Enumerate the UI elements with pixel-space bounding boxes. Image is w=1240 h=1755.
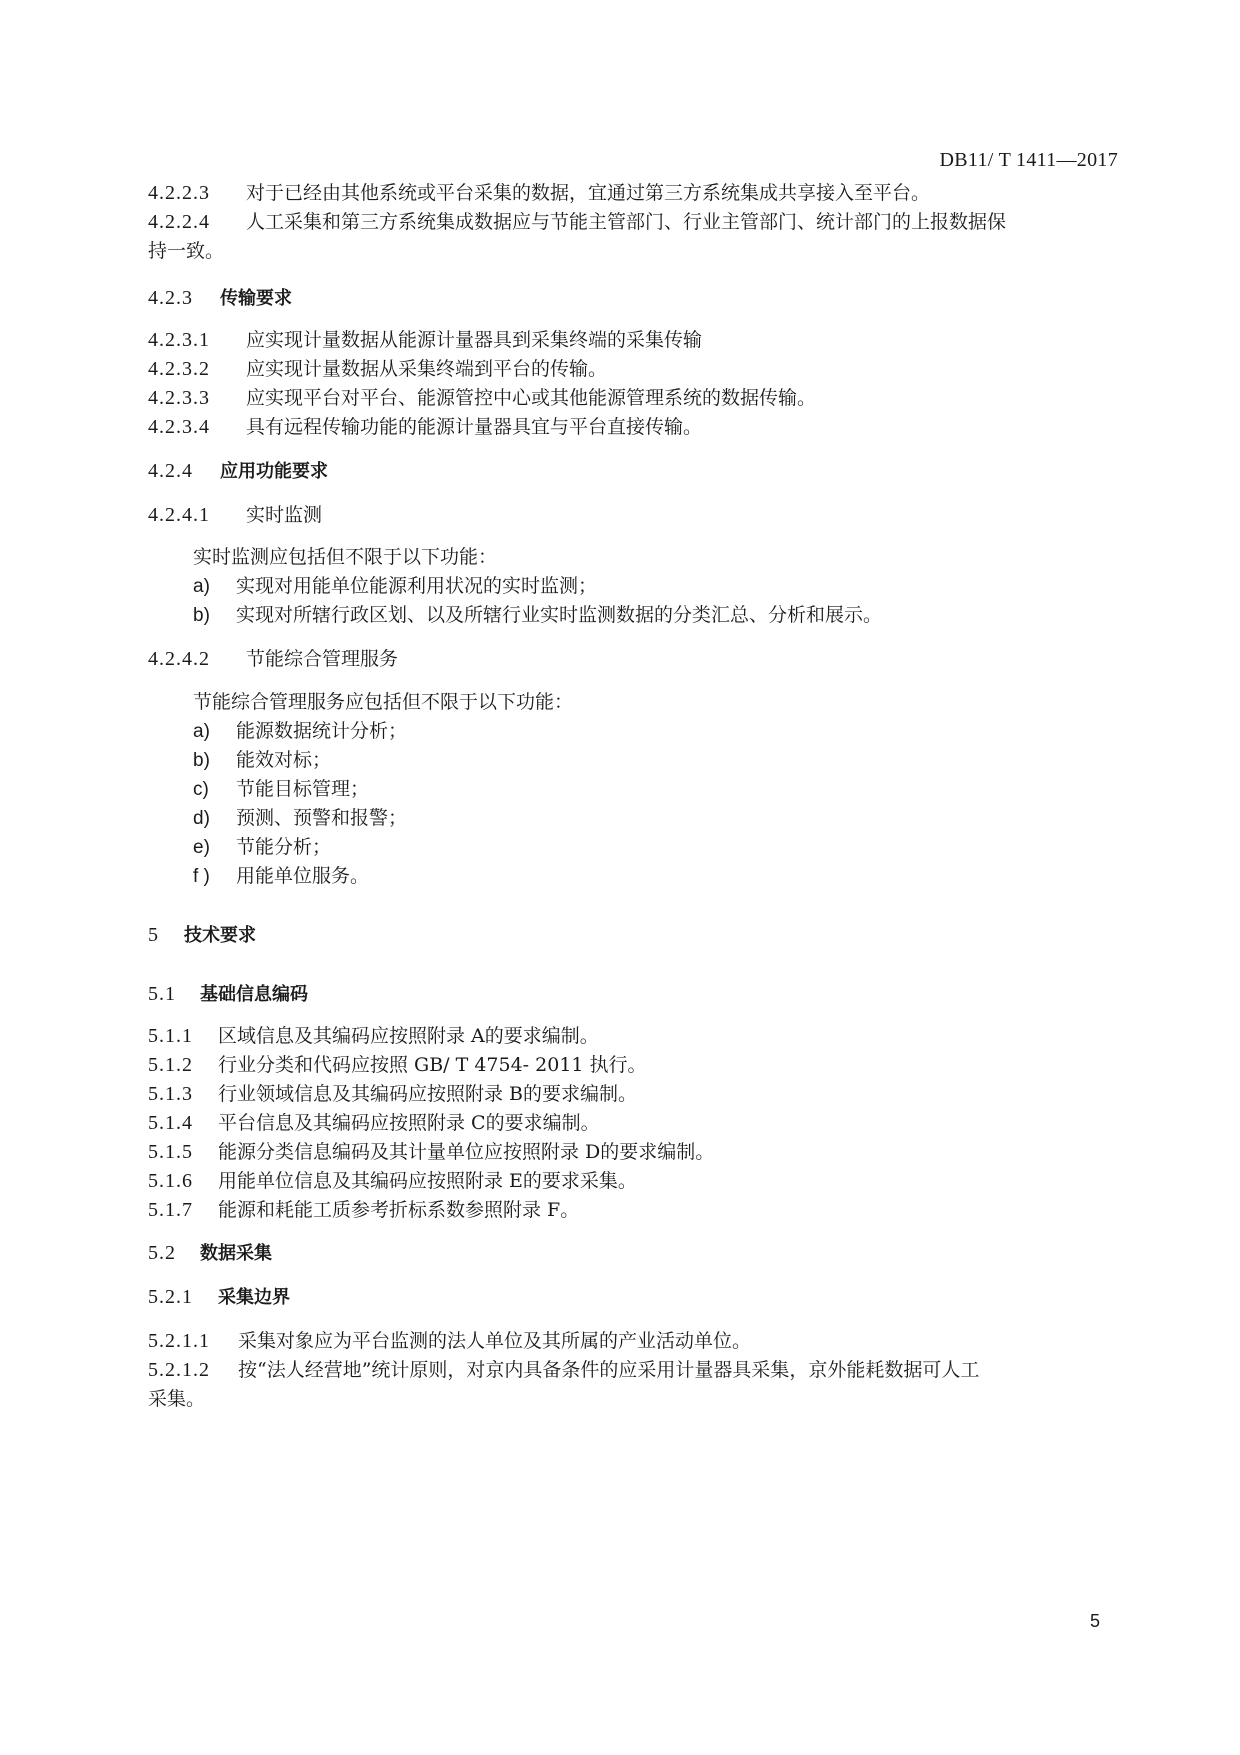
clause-text: 区域信息及其编码应按照附录 A的要求编制。 xyxy=(218,1025,599,1047)
clause-number: 5.2.1.2 xyxy=(148,1357,238,1383)
list-item-text: 节能分析； xyxy=(236,836,331,858)
clause-number: 5.2.1.1 xyxy=(148,1328,238,1354)
list-item-text: 用能单位服务。 xyxy=(236,865,369,887)
clause-4-2-2-3: 4.2.2.3对于已经由其他系统或平台采集的数据，宜通过第三方系统集成共享接入至… xyxy=(148,180,930,206)
section-number: 5.1 xyxy=(148,981,200,1007)
section-number: 4.2.4 xyxy=(148,458,220,484)
clause-number: 4.2.3.4 xyxy=(148,414,246,440)
document-code-header: DB11/ T 1411—2017 xyxy=(940,149,1118,172)
clause-5-1-4: 5.1.4平台信息及其编码应按照附录 C的要求编制。 xyxy=(148,1110,600,1136)
document-page: DB11/ T 1411—2017 4.2.2.3对于已经由其他系统或平台采集的… xyxy=(0,0,1240,1755)
section-heading-4-2-3: 4.2.3传输要求 xyxy=(148,285,292,312)
list-item-text: 实现对所辖行政区划、以及所辖行业实时监测数据的分类汇总、分析和展示。 xyxy=(236,604,882,626)
list-item-text: 实现对用能单位能源利用状况的实时监测； xyxy=(236,575,597,597)
clause-5-1-1: 5.1.1区域信息及其编码应按照附录 A的要求编制。 xyxy=(148,1023,599,1049)
clause-5-1-3: 5.1.3行业领域信息及其编码应按照附录 B的要求编制。 xyxy=(148,1081,637,1107)
clause-text: 平台信息及其编码应按照附录 C的要求编制。 xyxy=(218,1112,600,1134)
clause-4-2-4-2-intro: 节能综合管理服务应包括但不限于以下功能： xyxy=(193,689,573,715)
section-title: 应用功能要求 xyxy=(220,461,328,482)
list-item-label: b) xyxy=(193,603,236,629)
clause-4-2-4-2: 4.2.4.2节能综合管理服务 xyxy=(148,646,398,672)
clause-text: 应实现平台对平台、能源管控中心或其他能源管理系统的数据传输。 xyxy=(246,387,816,409)
list-item-label: c) xyxy=(193,777,236,803)
list-item-label: b) xyxy=(193,748,236,774)
clause-number: 4.2.3.1 xyxy=(148,327,246,353)
chapter-heading-5: 5技术要求 xyxy=(148,922,256,949)
list-item: d)预测、预警和报警； xyxy=(193,805,407,832)
clause-text: 对于已经由其他系统或平台采集的数据，宜通过第三方系统集成共享接入至平台。 xyxy=(246,182,930,204)
list-item-label: a) xyxy=(193,719,236,745)
list-item: a)能源数据统计分析； xyxy=(193,718,407,745)
section-title: 基础信息编码 xyxy=(200,984,308,1005)
list-item: f )用能单位服务。 xyxy=(193,863,369,890)
intro-text: 节能综合管理服务应包括但不限于以下功能： xyxy=(193,691,573,713)
clause-text: 应实现计量数据从能源计量器具到采集终端的采集传输 xyxy=(246,329,702,351)
section-title: 采集边界 xyxy=(218,1287,290,1308)
intro-text: 实时监测应包括但不限于以下功能： xyxy=(193,546,497,568)
list-item: b)实现对所辖行政区划、以及所辖行业实时监测数据的分类汇总、分析和展示。 xyxy=(193,602,882,629)
chapter-number: 5 xyxy=(148,922,184,948)
clause-number: 4.2.2.4 xyxy=(148,209,246,235)
page-number: 5 xyxy=(1090,1611,1100,1632)
clause-title: 节能综合管理服务 xyxy=(246,648,398,670)
clause-number: 5.1.4 xyxy=(148,1110,218,1136)
list-item-label: d) xyxy=(193,806,236,832)
clause-4-2-3-2: 4.2.3.2应实现计量数据从采集终端到平台的传输。 xyxy=(148,356,607,382)
clause-text: 行业分类和代码应按照 GB/ T 4754- 2011 执行。 xyxy=(218,1054,647,1076)
clause-5-1-7: 5.1.7能源和耗能工质参考折标系数参照附录 F。 xyxy=(148,1197,579,1223)
clause-text: 用能单位信息及其编码应按照附录 E的要求采集。 xyxy=(218,1170,637,1192)
clause-4-2-3-1: 4.2.3.1应实现计量数据从能源计量器具到采集终端的采集传输 xyxy=(148,327,702,353)
clause-5-1-5: 5.1.5能源分类信息编码及其计量单位应按照附录 D的要求编制。 xyxy=(148,1139,714,1165)
section-heading-5-1: 5.1基础信息编码 xyxy=(148,981,308,1008)
clause-text: 具有远程传输功能的能源计量器具宜与平台直接传输。 xyxy=(246,416,702,438)
list-item-label: a) xyxy=(193,574,236,600)
list-item-text: 能效对标； xyxy=(236,749,331,771)
clause-text: 能源和耗能工质参考折标系数参照附录 F。 xyxy=(218,1199,579,1221)
section-number: 5.2 xyxy=(148,1240,200,1266)
clause-text-continued: 持一致。 xyxy=(148,240,224,262)
clause-number: 5.1.7 xyxy=(148,1197,218,1223)
clause-4-2-4-1-intro: 实时监测应包括但不限于以下功能： xyxy=(193,544,497,570)
clause-4-2-4-1: 4.2.4.1实时监测 xyxy=(148,502,322,528)
list-item-text: 能源数据统计分析； xyxy=(236,720,407,742)
list-item-label: f ) xyxy=(193,864,236,890)
clause-5-2-1-2-continued: 采集。 xyxy=(148,1386,205,1412)
section-title: 传输要求 xyxy=(220,288,292,309)
clause-number: 4.2.2.3 xyxy=(148,180,246,206)
clause-4-2-3-3: 4.2.3.3应实现平台对平台、能源管控中心或其他能源管理系统的数据传输。 xyxy=(148,385,816,411)
chapter-title: 技术要求 xyxy=(184,925,256,946)
clause-number: 4.2.3.3 xyxy=(148,385,246,411)
section-title: 数据采集 xyxy=(200,1243,272,1264)
section-number: 4.2.3 xyxy=(148,285,220,311)
clause-text: 按“法人经营地”统计原则，对京内具备条件的应采用计量器具采集，京外能耗数据可人工 xyxy=(238,1359,979,1381)
clause-text: 行业领域信息及其编码应按照附录 B的要求编制。 xyxy=(218,1083,637,1105)
list-item-label: e) xyxy=(193,835,236,861)
section-heading-5-2: 5.2数据采集 xyxy=(148,1240,272,1267)
clause-text: 人工采集和第三方系统集成数据应与节能主管部门、行业主管部门、统计部门的上报数据保 xyxy=(246,211,1006,233)
clause-number: 4.2.4.1 xyxy=(148,502,246,528)
list-item: b)能效对标； xyxy=(193,747,331,774)
clause-text: 采集对象应为平台监测的法人单位及其所属的产业活动单位。 xyxy=(238,1330,751,1352)
clause-number: 4.2.4.2 xyxy=(148,646,246,672)
clause-number: 5.1.3 xyxy=(148,1081,218,1107)
clause-number: 4.2.3.2 xyxy=(148,356,246,382)
section-heading-5-2-1: 5.2.1采集边界 xyxy=(148,1284,290,1311)
clause-title: 实时监测 xyxy=(246,504,322,526)
list-item-text: 预测、预警和报警； xyxy=(236,807,407,829)
list-item: e)节能分析； xyxy=(193,834,331,861)
clause-5-2-1-1: 5.2.1.1采集对象应为平台监测的法人单位及其所属的产业活动单位。 xyxy=(148,1328,751,1354)
clause-number: 5.1.5 xyxy=(148,1139,218,1165)
clause-number: 5.1.1 xyxy=(148,1023,218,1049)
clause-text-continued: 采集。 xyxy=(148,1388,205,1410)
section-number: 5.2.1 xyxy=(148,1284,218,1310)
clause-number: 5.1.2 xyxy=(148,1052,218,1078)
clause-5-1-6: 5.1.6用能单位信息及其编码应按照附录 E的要求采集。 xyxy=(148,1168,637,1194)
section-heading-4-2-4: 4.2.4应用功能要求 xyxy=(148,458,328,485)
clause-5-1-2: 5.1.2行业分类和代码应按照 GB/ T 4754- 2011 执行。 xyxy=(148,1052,647,1078)
list-item: c)节能目标管理； xyxy=(193,776,369,803)
clause-4-2-3-4: 4.2.3.4具有远程传输功能的能源计量器具宜与平台直接传输。 xyxy=(148,414,702,440)
list-item-text: 节能目标管理； xyxy=(236,778,369,800)
clause-text: 能源分类信息编码及其计量单位应按照附录 D的要求编制。 xyxy=(218,1141,714,1163)
clause-number: 5.1.6 xyxy=(148,1168,218,1194)
list-item: a)实现对用能单位能源利用状况的实时监测； xyxy=(193,573,597,600)
clause-text: 应实现计量数据从采集终端到平台的传输。 xyxy=(246,358,607,380)
clause-4-2-2-4: 4.2.2.4人工采集和第三方系统集成数据应与节能主管部门、行业主管部门、统计部… xyxy=(148,209,1006,235)
clause-4-2-2-4-continued: 持一致。 xyxy=(148,238,224,264)
clause-5-2-1-2: 5.2.1.2按“法人经营地”统计原则，对京内具备条件的应采用计量器具采集，京外… xyxy=(148,1357,979,1383)
